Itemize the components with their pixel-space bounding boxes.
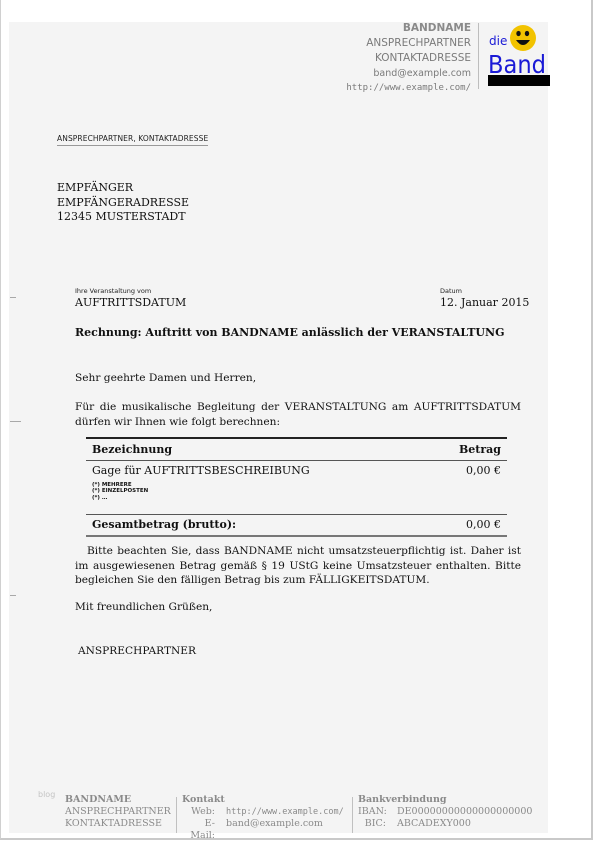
header-email: band@example.com [346, 66, 471, 81]
footer-iban-row: IBAN: DE00000000000000000000 [358, 806, 532, 818]
footer-bic-label: BIC: [358, 818, 386, 830]
table-bottom-rule [86, 535, 507, 537]
footer-web-value[interactable]: http://www.example.com/ [226, 806, 344, 818]
header-amount: Betrag [459, 443, 501, 456]
invoice-table: Bezeichnung Betrag Gage für AUFTRITTSBES… [86, 437, 507, 537]
table-header-row: Bezeichnung Betrag [86, 439, 507, 460]
footer-divider [176, 797, 177, 833]
footer-watermark: blog [38, 790, 55, 799]
footer-band-info: BANDNAME ANSPRECHPARTNER KONTAKTADRESSE [65, 794, 171, 830]
letterhead: BANDNAME ANSPRECHPARTNER KONTAKTADRESSE … [346, 21, 471, 96]
footer-iban-label: IBAN: [358, 806, 386, 818]
signature-name: ANSPRECHPARTNER [78, 644, 524, 659]
sender-return-line: ANSPRECHPARTNER, KONTAKTADRESSE [57, 134, 208, 146]
smiley-face-icon: die Band [485, 20, 551, 88]
event-date-label: Ihre Veranstaltung vom [75, 287, 186, 295]
svg-text:Band: Band [488, 50, 546, 79]
intro-paragraph: Für die musikalische Begleitung der VERA… [75, 400, 521, 429]
fold-mark-top [10, 297, 16, 298]
footer-bandname: BANDNAME [65, 794, 171, 806]
letter-date-label: Datum [440, 287, 529, 295]
fold-mark-bottom [10, 595, 16, 596]
table-row: Gage für AUFTRITTSBESCHREIBUNG 0,00 € [86, 463, 507, 479]
svg-text:die: die [489, 34, 507, 48]
recipient-address: EMPFÄNGER EMPFÄNGERADRESSE 12345 MUSTERS… [57, 181, 189, 225]
footer-contact-person: ANSPRECHPARTNER [65, 806, 171, 818]
letter-date-field: Datum 12. Januar 2015 [440, 287, 529, 309]
total-amount: 0,00 € [466, 518, 501, 531]
item-notes: (*) MEHRERE (*) EINZELPOSTEN (*) … [86, 482, 507, 514]
footer-contact-address: KONTAKTADRESSE [65, 818, 171, 830]
table-header-rule [86, 460, 507, 461]
footer-web-label: Web: [182, 806, 215, 818]
table-total-row: Gesamtbetrag (brutto): 0,00 € [86, 515, 507, 535]
footer-mail-label: E-Mail: [182, 818, 215, 842]
footer-contact-title: Kontakt [182, 794, 344, 806]
footer-web-row: Web: http://www.example.com/ [182, 806, 344, 818]
footer-mail-row: E-Mail: band@example.com [182, 818, 344, 842]
closing: Mit freundlichen Grüßen, [75, 600, 521, 615]
event-date-field: Ihre Veranstaltung vom AUFTRITTSDATUM [75, 287, 186, 309]
footer-bank-title: Bankverbindung [358, 794, 532, 806]
footer-divider [352, 797, 353, 833]
header-divider [478, 23, 479, 89]
item-description: Gage für AUFTRITTSBESCHREIBUNG [92, 464, 310, 477]
subject-line: Rechnung: Auftritt von BANDNAME anlässli… [75, 326, 504, 339]
recipient-street: EMPFÄNGERADRESSE [57, 196, 189, 211]
punch-mark [10, 421, 21, 422]
footer-iban-value: DE00000000000000000000 [397, 806, 532, 818]
footer-mail-value[interactable]: band@example.com [226, 818, 323, 842]
header-description: Bezeichnung [92, 443, 172, 456]
footer-bic-row: BIC: ABCADEXY000 [358, 818, 532, 830]
header-contact-person: ANSPRECHPARTNER [346, 36, 471, 51]
recipient-name: EMPFÄNGER [57, 181, 189, 196]
header-bandname: BANDNAME [346, 21, 471, 36]
footer-contact: Kontakt Web: http://www.example.com/ E-M… [182, 794, 344, 842]
tax-note-paragraph: Bitte beachten Sie, dass BANDNAME nicht … [75, 544, 521, 588]
salutation: Sehr geehrte Damen und Herren, [75, 371, 521, 386]
footer-bank: Bankverbindung IBAN: DE00000000000000000… [358, 794, 532, 830]
letter-date-value: 12. Januar 2015 [440, 296, 529, 309]
item-amount: 0,00 € [466, 464, 501, 477]
header-contact-address: KONTAKTADRESSE [346, 51, 471, 66]
item-note: (*) … [92, 495, 501, 502]
header-url: http://www.example.com/ [346, 81, 471, 96]
recipient-city: 12345 MUSTERSTADT [57, 210, 189, 225]
event-date-value: AUFTRITTSDATUM [75, 296, 186, 309]
total-label: Gesamtbetrag (brutto): [92, 518, 236, 531]
footer-bic-value: ABCADEXY000 [397, 818, 471, 830]
band-logo: die Band [485, 20, 551, 88]
